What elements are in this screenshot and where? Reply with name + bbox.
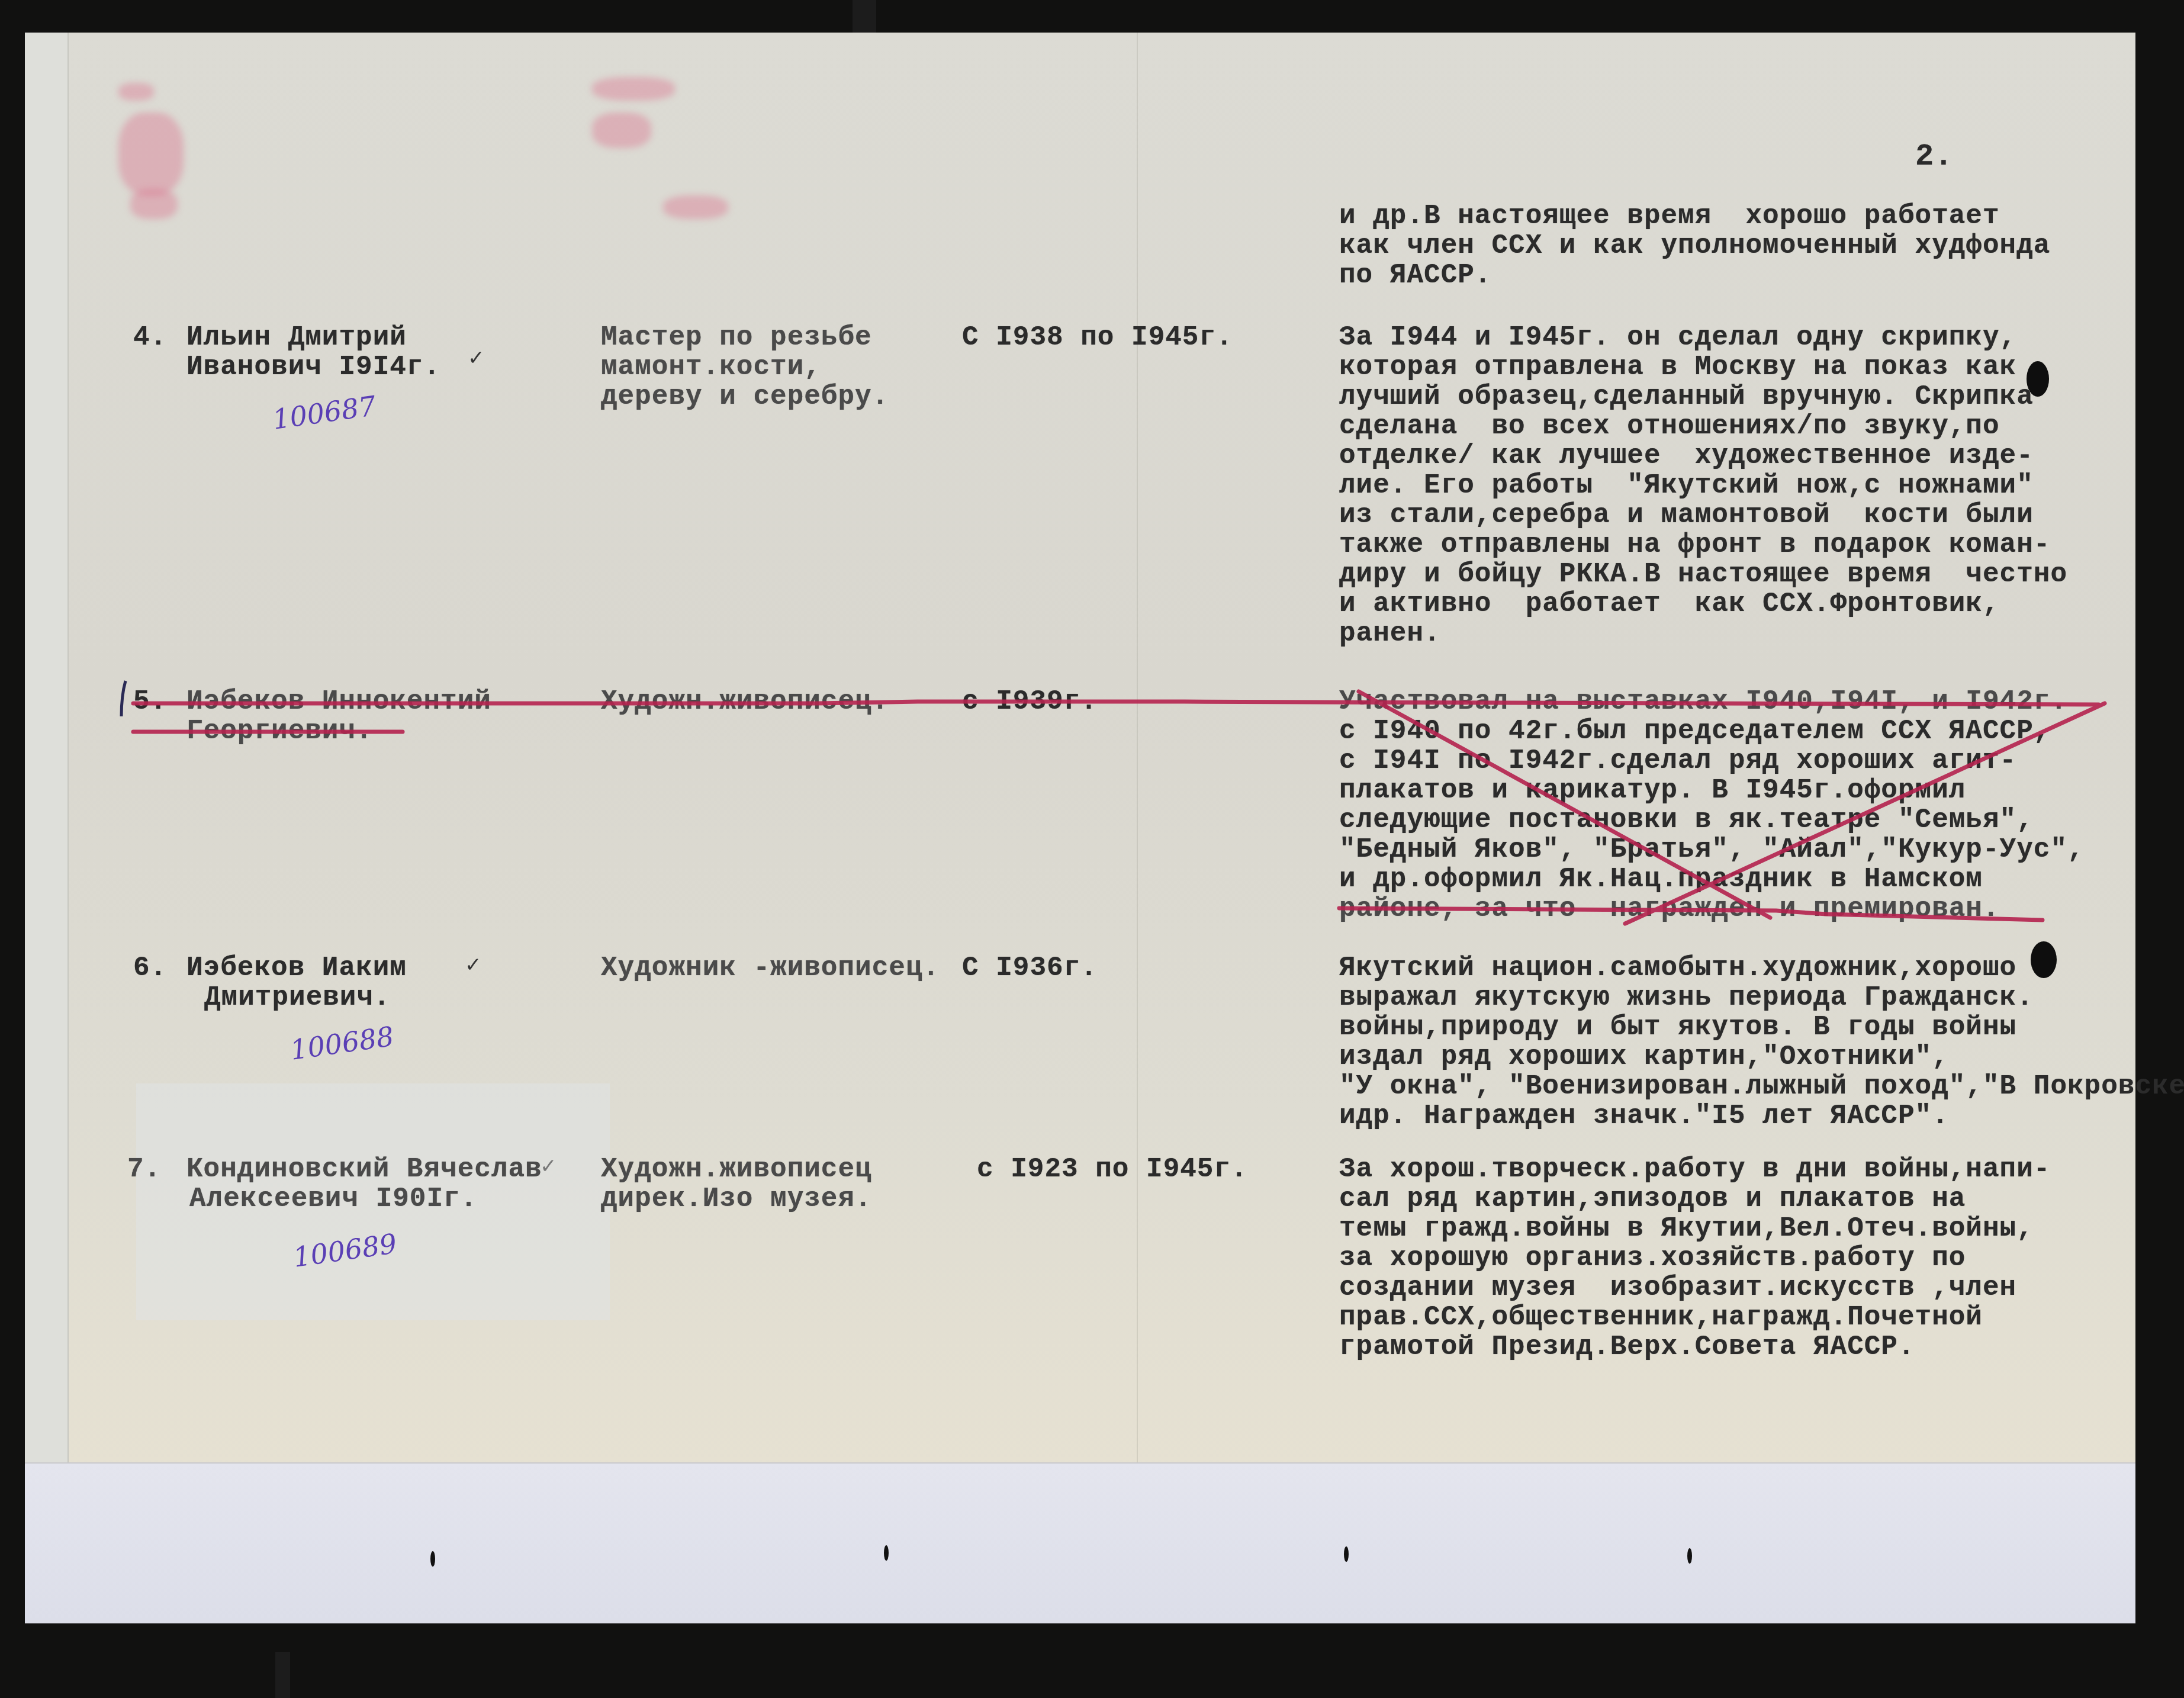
profession-line: дереву и серебру.: [601, 382, 889, 411]
check-mark-icon: ✓: [468, 346, 485, 370]
profession-line: Художник -живописец.: [601, 953, 940, 983]
stamp-smudge: [592, 77, 675, 101]
stamp-smudge: [130, 189, 178, 219]
text-line: За I944 и I945г. он сделал одну скрипку,: [1339, 323, 2016, 352]
entry-name-line: Кондиновский Вячеслав: [186, 1154, 542, 1184]
entry-number: 7.: [127, 1154, 161, 1184]
text-line: районе, за что награжден и премирован.: [1339, 894, 2000, 924]
text-line: с I94I по I942г.сделал ряд хороших агит-: [1339, 746, 2016, 776]
entry-name-line: Иэбеков Иннокентий: [186, 687, 491, 716]
punch-hole: [1687, 1548, 1692, 1564]
text-line: которая отправлена в Москву на показ как: [1339, 352, 2016, 382]
text-line: прав.ССХ,общественник,награжд.Почетной: [1339, 1303, 1983, 1332]
text-line: "Бедный Яков", "Братья", "Айал","Кукур-У…: [1339, 835, 2085, 864]
page-number: 2.: [1915, 142, 1953, 172]
punch-hole: [1344, 1546, 1349, 1562]
blank-paper-strip: [25, 1462, 2135, 1623]
period: С I938 по I945г.: [962, 323, 1233, 352]
text-line: грамотой Презид.Верх.Совета ЯАССР.: [1339, 1332, 1915, 1362]
profession-line: дирек.Изо музея.: [601, 1184, 872, 1214]
text-line: Якутский национ.самобытн.художник,хорошо: [1339, 953, 2016, 983]
entry-name-line: Ильин Дмитрий: [186, 323, 407, 352]
entry-name-line: Дмитриевич.: [204, 983, 391, 1012]
text-line: лие. Его работы "Якутский нож,с ножнами": [1339, 471, 2034, 500]
text-line: темы гражд.войны в Якутии,Вел.Отеч.войны…: [1339, 1214, 2034, 1243]
ink-blot: [2031, 941, 2057, 978]
text-line: сделана во всех отношениях/по звуку,по: [1339, 411, 2000, 441]
text-line: ранен.: [1339, 619, 1441, 648]
text-line: войны,природу и быт якутов. В годы войны: [1339, 1012, 2016, 1042]
text-line: Участвовал на выставках I940,I94I, и I94…: [1339, 687, 2067, 716]
text-line: и активно работает как ССХ.Фронтовик,: [1339, 589, 2000, 619]
text-line: сал ряд картин,эпизодов и плакатов на: [1339, 1184, 1966, 1214]
text-line: также отправлены на фронт в подарок кома…: [1339, 530, 2050, 559]
stamp-smudge: [118, 83, 154, 101]
text-line: по ЯАССР.: [1339, 261, 1491, 290]
text-line: за хорошую организ.хозяйств.работу по: [1339, 1243, 1966, 1273]
check-mark-icon: ✓: [540, 1154, 557, 1178]
profession-line: Художн.живописец: [601, 1154, 872, 1184]
profession-line: мамонт.кости,: [601, 352, 821, 382]
entry-name-line: Георгиевич.: [186, 716, 373, 746]
entry-name-line: Иэбеков Иаким: [186, 953, 407, 983]
text-line: и др.В настоящее время хорошо работает: [1339, 201, 2000, 231]
entry-name-line: Алексеевич I90Iг.: [189, 1184, 477, 1214]
stamp-smudge: [118, 112, 184, 195]
page-left-margin-strip: [25, 33, 69, 1471]
text-line: как член ССХ и как уполномоченный худфон…: [1339, 231, 2050, 261]
text-line: выражал якутскую жизнь периода Гражданск…: [1339, 983, 2034, 1012]
binder-clip-top: [853, 0, 876, 36]
text-line: идр. Награжден значк."I5 лет ЯАССР".: [1339, 1101, 1949, 1131]
entry-number: 5.: [133, 687, 167, 716]
stamp-smudge: [592, 112, 651, 148]
check-mark-icon: ✓: [465, 953, 482, 977]
entry-number: 4.: [133, 323, 167, 352]
text-line: следующие постановки в як.театре "Семья"…: [1339, 805, 2034, 835]
text-line: отделке/ как лучшее художественное изде-: [1339, 441, 2034, 471]
entry-number: 6.: [133, 953, 167, 983]
text-line: и др.оформил Як.Нац.праздник в Намском: [1339, 864, 1983, 894]
period: с I939г.: [962, 687, 1098, 716]
text-line: плакатов и карикатур. В I945г.оформил: [1339, 776, 1966, 805]
ink-blot: [2027, 361, 2049, 397]
profession-line: Мастер по резьбе: [601, 323, 872, 352]
period: с I923 по I945г.: [977, 1154, 1248, 1184]
page-fold-line: [1137, 33, 1138, 1471]
text-line: диру и бойцу РККА.В настоящее время чест…: [1339, 559, 2067, 589]
text-line: создании музея изобразит.искусств ,член: [1339, 1273, 2016, 1303]
stamp-smudge: [663, 195, 728, 219]
text-line: из стали,серебра и мамонтовой кости были: [1339, 500, 2034, 530]
text-line: лучший образец,сделанный вручную. Скрипк…: [1339, 382, 2034, 411]
text-line: "У окна", "Военизирован.лыжный поход","В…: [1339, 1072, 2184, 1101]
text-line: За хорош.творческ.работу в дни войны,нап…: [1339, 1154, 2050, 1184]
profession-line: Художн.живописец.: [601, 687, 889, 716]
text-line: с I940 по 42г.был председателем ССХ ЯАСС…: [1339, 716, 2050, 746]
binder-clip-bottom: [275, 1652, 290, 1698]
punch-hole: [884, 1545, 889, 1561]
period: С I936г.: [962, 953, 1098, 983]
entry-name-line: Иванович I9I4г.: [186, 352, 440, 382]
punch-hole: [430, 1551, 435, 1567]
text-line: издал ряд хороших картин,"Охотники",: [1339, 1042, 1949, 1072]
